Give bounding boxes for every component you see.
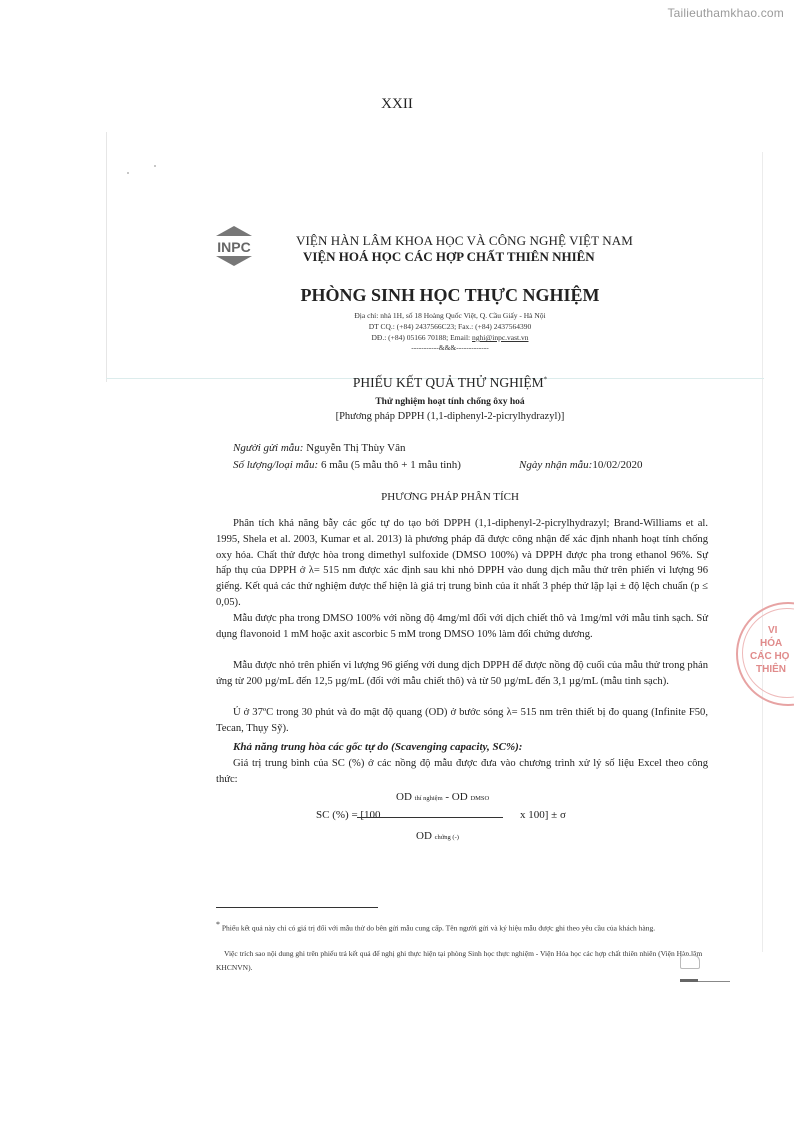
report-title: PHIẾU KẾT QUẢ THỬ NGHIỆM* xyxy=(0,375,794,391)
scavenging-paragraph: Giá trị trung bình của SC (%) ở các nồng… xyxy=(216,756,708,788)
test-name: Thử nghiệm hoạt tính chống ôxy hoá xyxy=(0,397,794,407)
watermark: Tailieuthamkhao.com xyxy=(667,6,784,20)
paragraph-text: Mẫu được nhỏ trên phiến vi lượng 96 giến… xyxy=(216,660,708,687)
scan-mark-line xyxy=(698,981,730,982)
institute-name: VIỆN HOÁ HỌC CÁC HỢP CHẤT THIÊN NHIÊN xyxy=(303,249,595,265)
sender-value: Nguyễn Thị Thùy Vân xyxy=(303,442,405,454)
mobile-label: DĐ.: (+84) 05166 70188; Email: xyxy=(372,333,472,342)
paragraph-text: Phân tích khả năng bẫy các gốc tự do tạo… xyxy=(216,518,708,608)
date-value: 10/02/2020 xyxy=(592,459,642,471)
method-paragraph: Mẫu được pha trong DMSO 100% với nồng độ… xyxy=(216,611,708,643)
method-paragraph: Ủ ở 37ºC trong 30 phút và đo mật độ quan… xyxy=(216,705,708,737)
scan-speck xyxy=(127,172,129,174)
scan-speck xyxy=(154,165,156,167)
scan-mark xyxy=(680,979,698,982)
email-link[interactable]: nghi@inpc.vast.vn xyxy=(472,333,528,342)
quantity-row: Số lượng/loại mẫu: 6 mẫu (5 mẫu thô + 1 … xyxy=(233,459,461,471)
lab-title: PHÒNG SINH HỌC THỰC NGHIỆM xyxy=(0,285,794,306)
svg-text:INPC: INPC xyxy=(217,239,250,255)
academy-name: VIỆN HÀN LÂM KHOA HỌC VÀ CÔNG NGHỆ VIỆT … xyxy=(296,233,633,249)
test-method: [Phương pháp DPPH (1,1-diphenyl-2-picryl… xyxy=(0,411,794,422)
header-separator: -----------&&&------------- xyxy=(0,343,794,352)
footnote-mark: * xyxy=(544,376,548,384)
quantity-label: Số lượng/loại mẫu: xyxy=(233,459,318,471)
formula-numerator: OD thí nghiệm - OD DMSO xyxy=(396,791,489,803)
paragraph-text: Ủ ở 37ºC trong 30 phút và đo mật độ quan… xyxy=(216,707,708,734)
inpc-logo-icon: INPC xyxy=(216,226,252,266)
scavenging-heading: Khả năng trung hòa các gốc tự do (Scaven… xyxy=(233,741,522,753)
sender-label: Người gửi mẫu: xyxy=(233,442,303,454)
fraction-bar xyxy=(357,817,503,818)
phone-fax: DT CQ.: (+84) 2437566C23; Fax.: (+84) 24… xyxy=(0,322,794,331)
address: Địa chỉ: nhà 1H, số 18 Hoàng Quốc Việt, … xyxy=(0,311,794,320)
footnote-2: Việc trích sao nội dung ghi trên phiếu t… xyxy=(216,947,710,975)
formula-lhs: SC (%) = [100 xyxy=(316,809,381,821)
sender-row: Người gửi mẫu: Nguyễn Thị Thùy Vân xyxy=(233,442,406,454)
mobile-email: DĐ.: (+84) 05166 70188; Email: nghi@inpc… xyxy=(0,333,794,342)
method-title: PHƯƠNG PHÁP PHÂN TÍCH xyxy=(0,491,794,503)
date-row: Ngày nhận mẫu:10/02/2020 xyxy=(519,459,642,471)
method-paragraph: Mẫu được nhỏ trên phiến vi lượng 96 giến… xyxy=(216,658,708,690)
report-title-text: PHIẾU KẾT QUẢ THỬ NGHIỆM xyxy=(353,375,544,390)
scan-frame-right xyxy=(762,152,763,952)
formula-denominator: OD chứng (-) xyxy=(416,830,459,842)
page-number: XXII xyxy=(0,96,794,113)
paragraph-text: Mẫu được pha trong DMSO 100% với nồng độ… xyxy=(216,613,708,640)
date-label: Ngày nhận mẫu: xyxy=(519,459,592,471)
footnote-1: * Phiếu kết quả này chỉ có giá trị đối v… xyxy=(216,918,710,936)
footnote-rule xyxy=(216,907,378,908)
paragraph-text: Giá trị trung bình của SC (%) ở các nồng… xyxy=(216,758,708,785)
signature-mark-icon xyxy=(680,955,700,969)
formula-rhs: x 100] ± σ xyxy=(520,809,566,821)
method-paragraph: Phân tích khả năng bẫy các gốc tự do tạo… xyxy=(216,516,708,611)
official-stamp: VI HÓA CÁC HỌ THIÊN xyxy=(730,600,794,710)
quantity-value: 6 mẫu (5 mẫu thô + 1 mẫu tinh) xyxy=(318,459,461,471)
